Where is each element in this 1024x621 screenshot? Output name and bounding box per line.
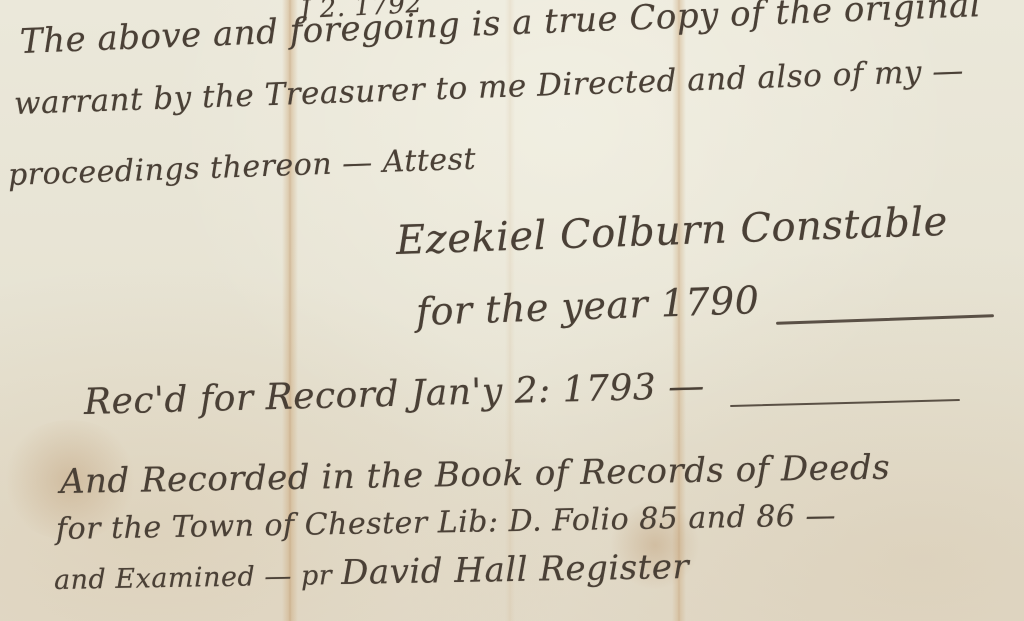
recorded-line: And Recorded in the Book of Records of D…: [60, 448, 891, 502]
examined-line: and Examined — pr David Hall Register: [54, 547, 690, 598]
text-line-2: warrant by the Treasurer to me Directed …: [13, 53, 964, 122]
record-received-line: Rec'd for Record Jan'y 2: 1793 —: [83, 366, 705, 423]
signature-year: for the year 1790: [415, 278, 760, 334]
text-line-1: The above and foregoing is a true Copy o…: [19, 0, 982, 62]
register-signature: David Hall Register: [341, 547, 690, 593]
town-folio-line: for the Town of Chester Lib: D. Folio 85…: [56, 498, 837, 547]
document-page: J 2. 1792 The above and foregoing is a t…: [0, 0, 1024, 621]
signature-name: Ezekiel Colburn Constable: [395, 199, 948, 264]
flourish-rule: [776, 314, 994, 325]
flourish-rule: [730, 399, 960, 407]
text-line-3: proceedings thereon — Attest: [7, 142, 476, 193]
examined-text: and Examined — pr: [54, 560, 333, 596]
